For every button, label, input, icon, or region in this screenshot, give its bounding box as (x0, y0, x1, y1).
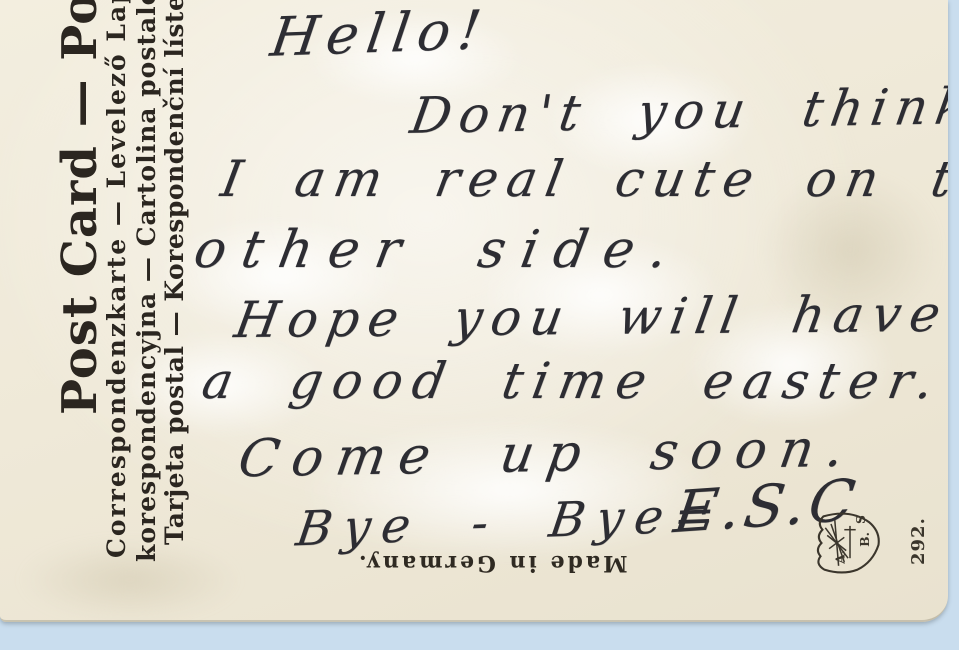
language-print-line-1: Correspondenzkarte — Levelező Lap (102, 0, 132, 558)
crest-letter-s: S (853, 515, 868, 524)
handwritten-line-4: other side. (190, 220, 688, 280)
handwritten-farewell: Bye - Bye= (293, 487, 730, 558)
publisher-crest-stamp: S A. B. (812, 503, 888, 583)
crest-letter-b: B. (857, 532, 872, 547)
language-print-line-2: korespondencyjna — Cartolina postale — (132, 0, 162, 562)
handwritten-line-3: I am real cute on the (217, 150, 948, 208)
crest-letter-a: A. (832, 550, 847, 565)
handwritten-line-6: a good time easter. (198, 352, 948, 410)
handwritten-greeting: Hello! (267, 0, 493, 69)
postcard-title-print: Post Card — Postka (50, 0, 110, 415)
serial-number-print: 292. (908, 517, 930, 565)
handwritten-line-2: Don't you think (407, 77, 948, 145)
postcard-scan: Post Card — Postka Correspondenzkarte — … (0, 0, 959, 650)
language-print-line-3: Tarjeta postal — Korespondenční lístek — (160, 0, 190, 545)
postcard-back: Post Card — Postka Correspondenzkarte — … (0, 0, 948, 622)
made-in-germany-print: Made in Germany. (356, 550, 627, 576)
handwritten-line-5: Hope you will have (231, 285, 948, 349)
